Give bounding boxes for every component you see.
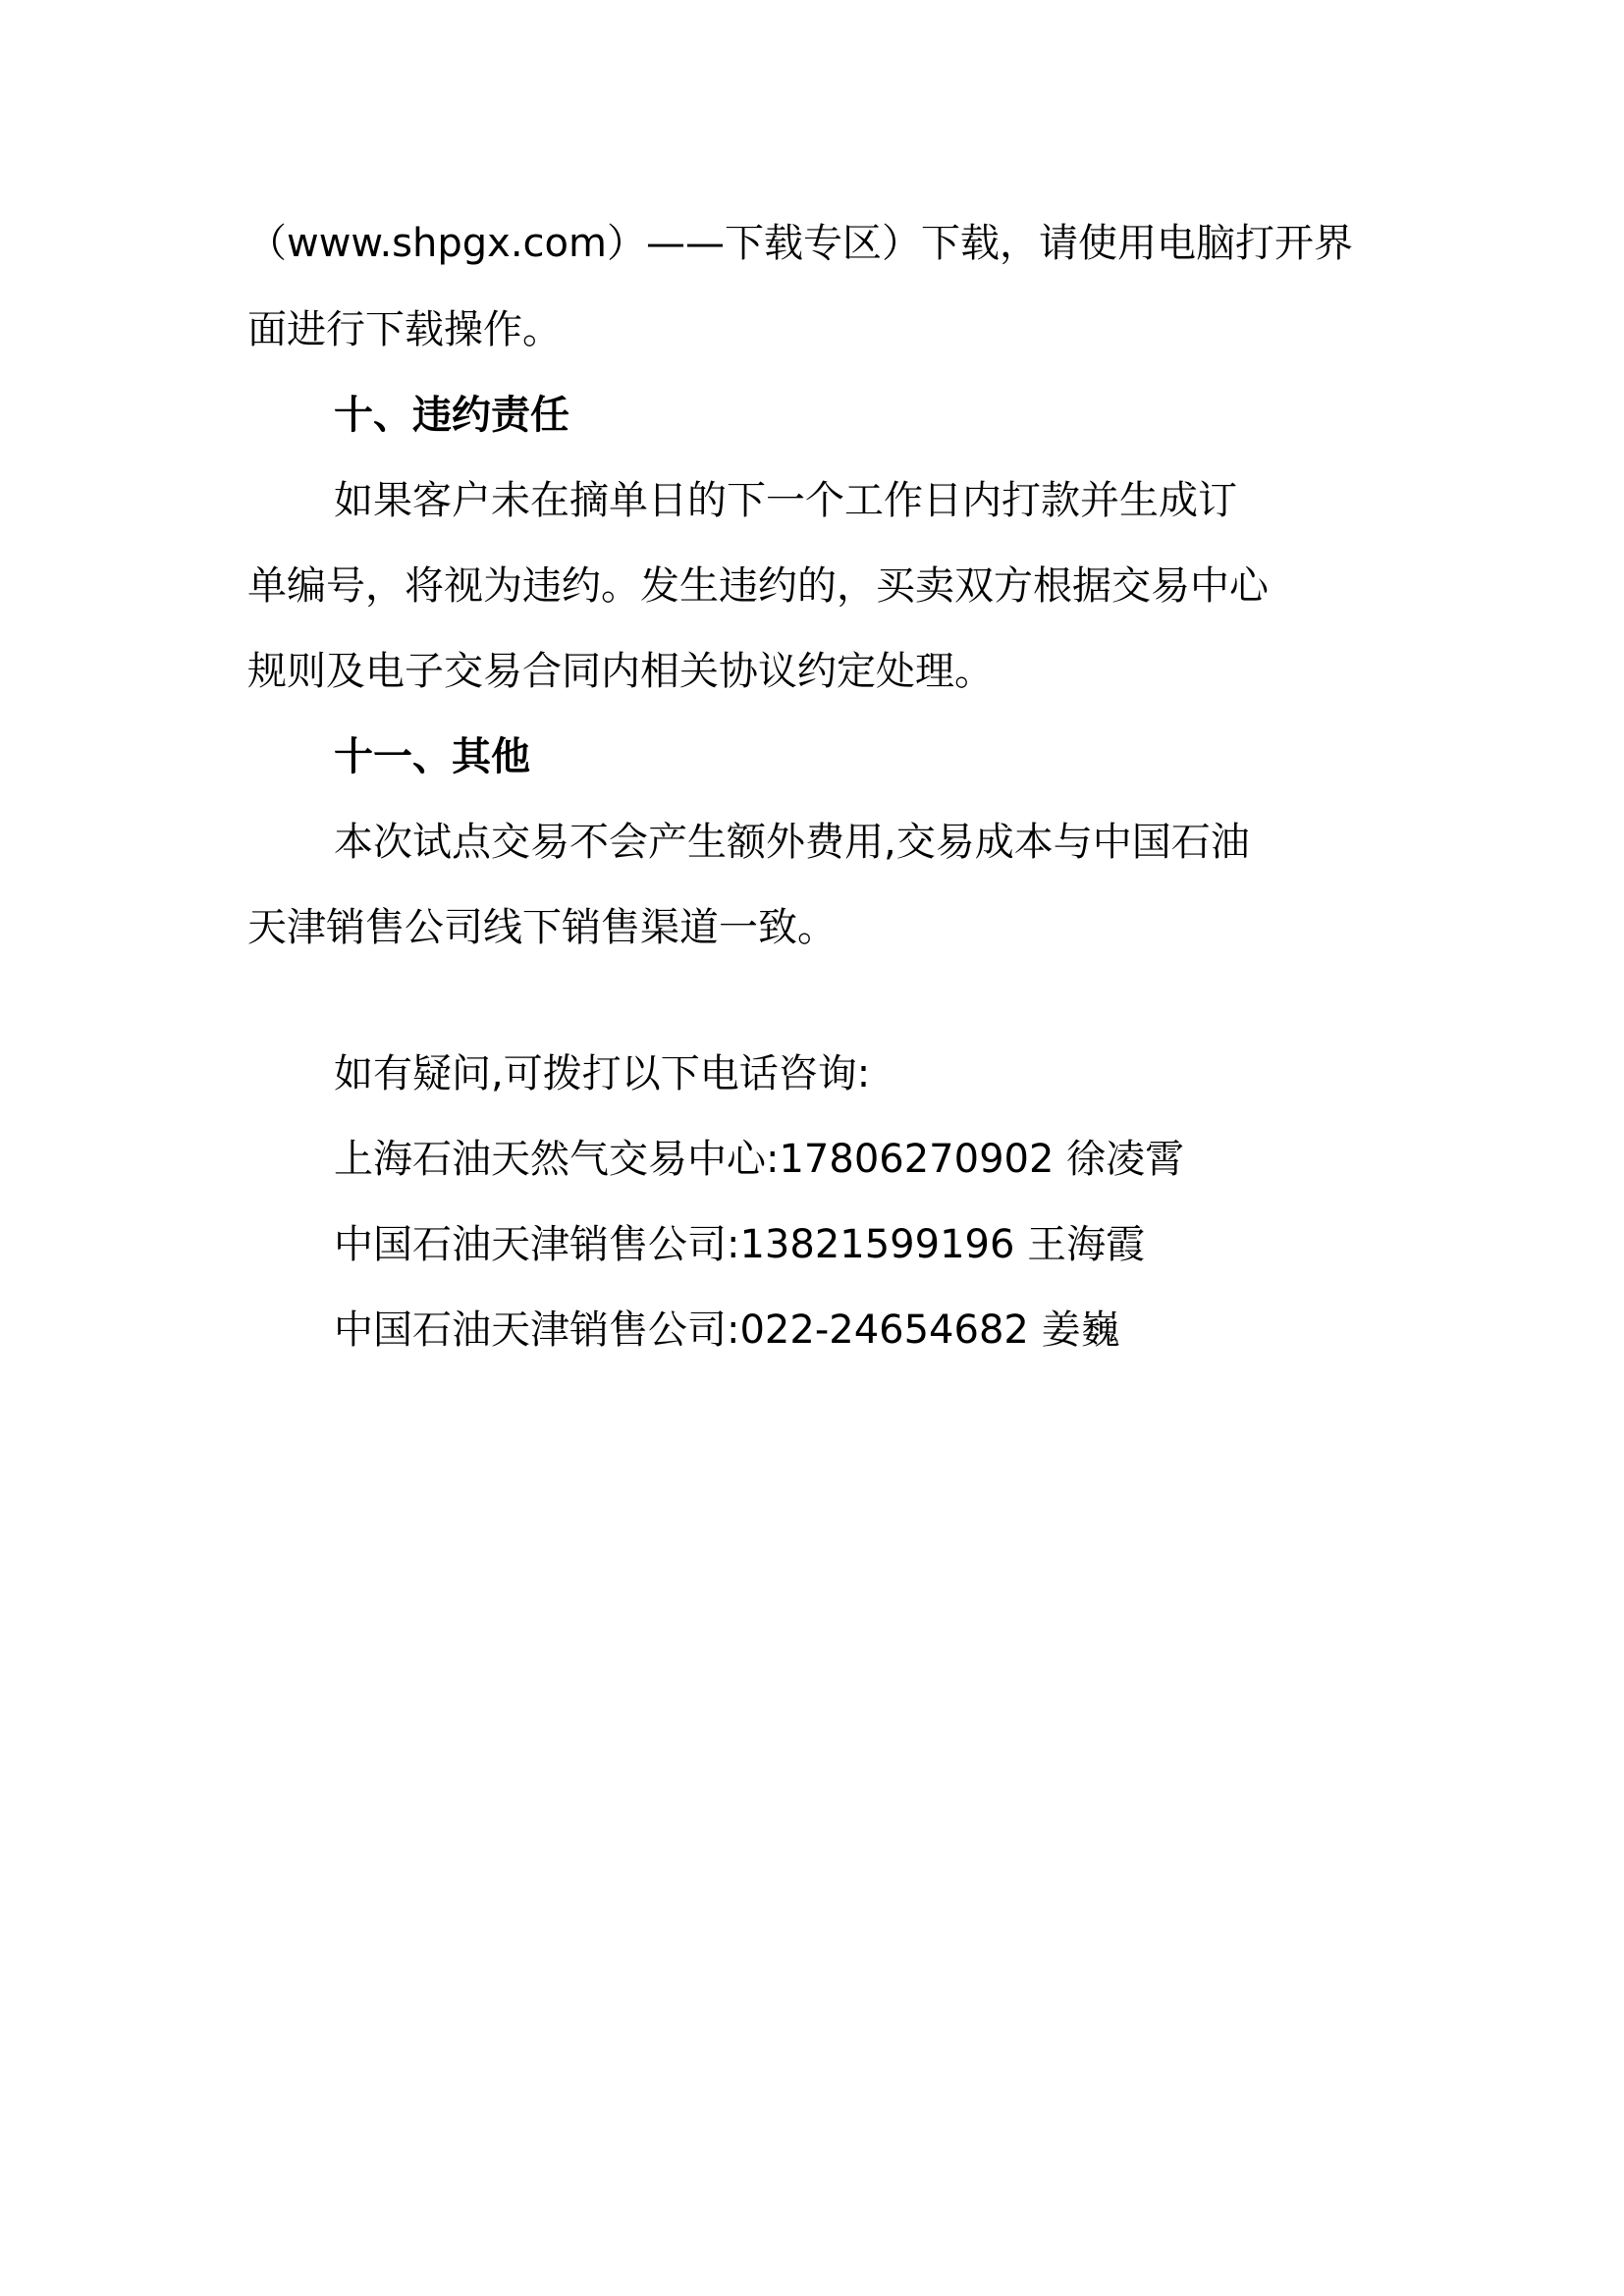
section-11-line-2: 天津销售公司线下销售渠道一致。 bbox=[247, 902, 837, 953]
section-10-heading: 十、违约责任 bbox=[334, 390, 569, 441]
contact-entry: 中国石油天津销售公司:13821599196 王海霞 bbox=[334, 1219, 1145, 1270]
contact-entry: 中国石油天津销售公司:022-24654682 姜巍 bbox=[334, 1305, 1120, 1356]
section-10-line-3: 规则及电子交易合同内相关协议约定处理。 bbox=[247, 646, 994, 697]
section-10-line-2: 单编号，将视为违约。发生违约的，买卖双方根据交易中心 bbox=[247, 561, 1269, 612]
intro-line-2: 面进行下载操作。 bbox=[247, 304, 562, 355]
section-11-heading: 十一、其他 bbox=[334, 731, 530, 782]
intro-line-1: （www.shpgx.com）——下载专区）下载，请使用电脑打开界 bbox=[247, 218, 1353, 269]
section-11-line-1: 本次试点交易不会产生额外费用,交易成本与中国石油 bbox=[334, 817, 1250, 868]
contact-entry: 上海石油天然气交易中心:17806270902 徐凌霄 bbox=[334, 1134, 1184, 1185]
contact-intro: 如有疑问,可拨打以下电话咨询: bbox=[334, 1048, 870, 1099]
section-10-line-1: 如果客户未在摘单日的下一个工作日内打款并生成订 bbox=[334, 475, 1237, 526]
